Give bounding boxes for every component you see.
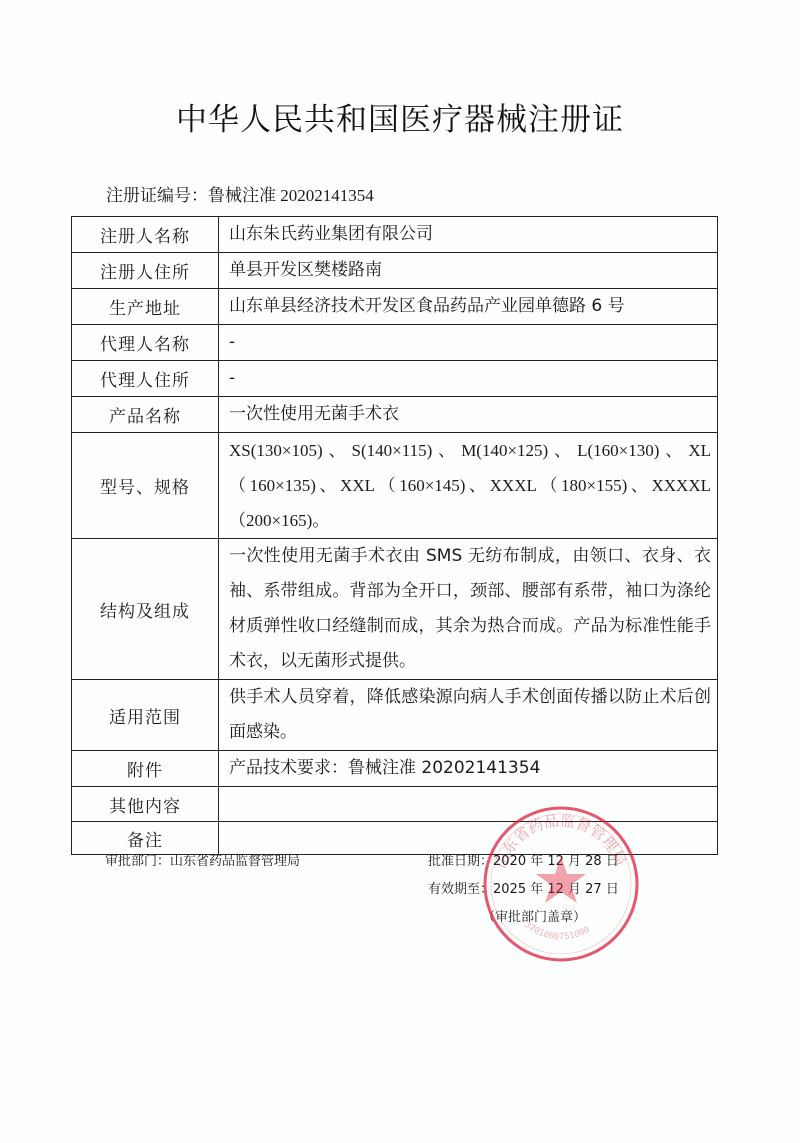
row-value-structure: 一次性使用无菌手术衣由 SMS 无纺布制成，由领口、衣身、衣袖、系带组成。背部为… — [219, 539, 718, 680]
row-value-production-address: 山东单县经济技术开发区食品药品产业园单德路 6 号 — [219, 289, 718, 325]
row-value-registrant-name: 山东朱氏药业集团有限公司 — [219, 217, 718, 253]
row-label-scope: 适用范围 — [72, 680, 219, 751]
registration-number-value: 鲁械注准 20202141354 — [208, 186, 374, 205]
row-label-agent-name: 代理人名称 — [72, 325, 219, 361]
row-label-model-spec: 型号、规格 — [72, 433, 219, 539]
table-row: 注册人名称 山东朱氏药业集团有限公司 — [72, 217, 718, 253]
registration-number-label: 注册证编号： — [106, 186, 208, 206]
table-row: 生产地址 山东单县经济技术开发区食品药品产业园单德路 6 号 — [72, 289, 718, 325]
row-value-attachment: 产品技术要求：鲁械注准 20202141354 — [219, 751, 718, 787]
row-label-structure: 结构及组成 — [72, 539, 219, 680]
table-row: 附件 产品技术要求：鲁械注准 20202141354 — [72, 751, 718, 787]
row-value-other — [219, 787, 718, 822]
row-value-agent-address: - — [219, 361, 718, 397]
row-value-model-spec: XS(130×105)、S(140×115)、M(140×125)、L(160×… — [219, 433, 718, 539]
row-label-product-name: 产品名称 — [72, 397, 219, 433]
document-title: 中华人民共和国医疗器械注册证 — [0, 94, 800, 139]
approval-department: 审批部门：山东省药品监督管理局 — [105, 850, 300, 869]
registration-number-line: 注册证编号：鲁械注准 20202141354 — [106, 181, 374, 206]
seal-note: （审批部门盖章） — [482, 906, 586, 925]
row-label-agent-address: 代理人住所 — [72, 361, 219, 397]
row-label-registrant-address: 注册人住所 — [72, 253, 219, 289]
row-label-attachment: 附件 — [72, 751, 219, 787]
valid-until-date: 有效期至：2025 年 12 月 27 日 — [428, 878, 619, 897]
table-row: 代理人住所 - — [72, 361, 718, 397]
row-label-registrant-name: 注册人名称 — [72, 217, 219, 253]
table-row: 适用范围 供手术人员穿着，降低感染源向病人手术创面传播以防止术后创面感染。 — [72, 680, 718, 751]
table-row: 其他内容 — [72, 787, 718, 822]
row-value-product-name: 一次性使用无菌手术衣 — [219, 397, 718, 433]
table-row: 代理人名称 - — [72, 325, 718, 361]
table-row: 结构及组成 一次性使用无菌手术衣由 SMS 无纺布制成，由领口、衣身、衣袖、系带… — [72, 539, 718, 680]
row-value-agent-name: - — [219, 325, 718, 361]
row-label-other: 其他内容 — [72, 787, 219, 822]
approval-date: 批准日期：2020 年 12 月 28 日 — [428, 850, 619, 869]
certificate-table: 注册人名称 山东朱氏药业集团有限公司 注册人住所 单县开发区樊楼路南 生产地址 … — [71, 216, 718, 855]
row-value-registrant-address: 单县开发区樊楼路南 — [219, 253, 718, 289]
row-value-scope: 供手术人员穿着，降低感染源向病人手术创面传播以防止术后创面感染。 — [219, 680, 718, 751]
table-row: 注册人住所 单县开发区樊楼路南 — [72, 253, 718, 289]
table-row: 产品名称 一次性使用无菌手术衣 — [72, 397, 718, 433]
row-label-production-address: 生产地址 — [72, 289, 219, 325]
table-row: 型号、规格 XS(130×105)、S(140×115)、M(140×125)、… — [72, 433, 718, 539]
